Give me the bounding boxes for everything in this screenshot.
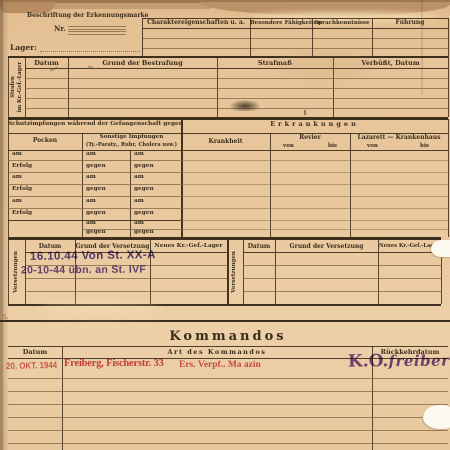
rule	[8, 160, 181, 161]
cell-gegen: gegen	[86, 187, 106, 193]
transfer-stamp-line-2: 20-10-44 übn. an St. IVF	[21, 265, 146, 276]
kommandos-title: Kommandos	[128, 330, 328, 343]
ko-stamp-initials: K.O.	[348, 351, 389, 371]
nr-ruled-line	[68, 31, 126, 32]
col-sonstige-2: (Ty.-Paraty., Ruhr, Cholera usw.)	[82, 143, 181, 148]
header-col-sprachen: Sprachkenntnisse	[312, 21, 372, 27]
cell-am: am	[134, 199, 144, 205]
rule	[181, 196, 448, 197]
cell-gegen: gegen	[134, 187, 154, 193]
rule	[378, 240, 379, 304]
rule	[243, 291, 441, 292]
rule	[130, 150, 131, 237]
rule	[181, 229, 448, 230]
col-revier: Revier	[270, 135, 350, 141]
nr-ruled-line	[68, 29, 126, 30]
cell-erfolg: Erfolg	[12, 211, 32, 217]
rule	[8, 184, 181, 185]
nr-ruled-line	[68, 34, 126, 35]
rule	[181, 184, 448, 185]
rule	[181, 160, 448, 161]
lager-dotted-line	[40, 44, 140, 52]
pencil-mark	[304, 110, 306, 115]
versetz-col-grund: Grund der Versetzung	[275, 244, 378, 250]
rule	[350, 133, 351, 237]
rule	[275, 240, 276, 304]
cell-am: am	[86, 152, 96, 158]
cell-gegen: gegen	[86, 211, 106, 217]
rule	[25, 68, 448, 69]
rule	[8, 56, 448, 58]
rule	[82, 133, 83, 237]
place-stamp: Freiberg, Fischerstr. 33	[64, 359, 164, 370]
versetz-col-datum: Datum	[243, 244, 275, 250]
rule	[8, 417, 448, 418]
lager-label: Lager:	[10, 44, 37, 52]
strafen-col-datum: Datum	[25, 60, 68, 67]
cell-am: am	[86, 199, 96, 205]
marke-label: Beschriftung der Erkennungsmarke	[27, 13, 147, 19]
cell-am: am	[12, 199, 22, 205]
paper-hole	[431, 240, 450, 257]
rule	[227, 240, 229, 304]
strafen-side-label-2: im Kr.-Gef.-Lager	[17, 62, 23, 112]
rule	[8, 443, 448, 444]
cell-erfolg: Erfolg	[12, 164, 32, 170]
rule	[25, 88, 448, 89]
rule	[8, 117, 448, 120]
ink-smudge	[230, 100, 260, 111]
rule	[181, 220, 448, 221]
rule	[448, 56, 449, 117]
rule	[8, 404, 448, 405]
kommandos-col-art: Art des Kommandos	[62, 349, 372, 356]
pow-record-card: Beschriftung der Erkennungsmarke Nr. Lag…	[0, 0, 450, 450]
ko-stamp: K.O.freiberg	[348, 350, 450, 371]
rule	[8, 208, 181, 209]
unit-stamp: Ers. Verpf.. Ma azin	[179, 361, 261, 371]
rule	[243, 265, 441, 266]
cell-am: am	[86, 175, 96, 181]
header-col-charakter: Charaktereigenschaften u. a.	[143, 20, 249, 26]
rule	[8, 391, 448, 392]
nr-label: Nr.	[54, 25, 66, 32]
cell-am: am	[134, 221, 144, 227]
paper-stain	[40, 300, 160, 318]
rule	[25, 98, 448, 99]
rule	[8, 346, 448, 347]
cell-gegen: gegen	[134, 164, 154, 170]
versetz-col-datum: Datum	[25, 244, 75, 250]
transfer-stamp-line-1: 16.10.44 Von St. XX-A	[30, 250, 156, 263]
rule	[8, 150, 448, 151]
rule	[448, 18, 449, 57]
impfungen-title: Schutzimpfungen während der Gefangenscha…	[8, 122, 181, 128]
rule	[8, 237, 441, 240]
paper-hole	[423, 405, 450, 429]
nr-ruled-line	[68, 26, 126, 27]
col-krankheit: Krankheit	[181, 139, 270, 145]
revier-bis: bis	[328, 144, 337, 150]
cell-gegen: gegen	[134, 211, 154, 217]
rule	[243, 240, 244, 304]
cell-am: am	[86, 221, 96, 227]
strafen-side-label-1: Strafen	[10, 76, 16, 98]
header-col-faehigkeiten: Besondere Fähigkeiten	[250, 21, 312, 27]
margin-mark: 5.	[2, 314, 8, 322]
rule	[62, 346, 63, 450]
cell-am: am	[134, 175, 144, 181]
rule	[142, 38, 448, 39]
rule	[181, 208, 448, 209]
rule	[270, 133, 271, 237]
header-col-fuehrung: Führung	[372, 20, 448, 26]
paper-stain	[280, 50, 370, 80]
cell-am: am	[12, 175, 22, 181]
rule	[8, 196, 181, 197]
strafen-side-label: Strafen im Kr.-Gef.-Lager	[10, 56, 22, 118]
rule	[0, 320, 450, 322]
rule	[25, 291, 227, 292]
rule	[8, 378, 448, 379]
versetzungen-side-label-right: Versetzungen	[231, 239, 239, 305]
rule	[243, 252, 441, 253]
rule	[8, 56, 9, 117]
cell-am: am	[134, 152, 144, 158]
kommandos-col-datum: Datum	[8, 349, 62, 356]
col-sonstige-1: Sonstige Impfungen	[82, 135, 181, 141]
revier-von: von	[283, 144, 294, 150]
cell-gegen: gegen	[86, 164, 106, 170]
versetz-col-neues: Neues Kr.-Gef.-Lager	[150, 244, 227, 250]
col-pocken: Pocken	[8, 138, 82, 144]
ko-stamp-name: freiberg	[388, 351, 450, 370]
rule	[142, 28, 448, 29]
versetzungen-side-label-left: Versetzungen	[13, 239, 21, 305]
rule	[448, 119, 449, 237]
date-stamp: 20. OKT. 1944	[6, 361, 57, 371]
cell-gegen: gegen	[134, 230, 154, 236]
cell-am: am	[12, 152, 22, 158]
lazarett-von: von	[367, 144, 378, 150]
erkrankungen-title: Erkrankungen	[181, 121, 448, 128]
rule	[243, 278, 441, 279]
rule	[25, 278, 227, 279]
rule	[8, 172, 181, 173]
rule	[8, 430, 448, 431]
rule	[25, 78, 448, 79]
rule	[8, 240, 9, 304]
rule	[142, 48, 448, 49]
rule	[181, 172, 448, 173]
col-lazarett: Lazarett — Krankenhaus	[350, 135, 448, 141]
cell-gegen: gegen	[86, 230, 106, 236]
cell-erfolg: Erfolg	[12, 187, 32, 193]
lazarett-bis: bis	[420, 144, 429, 150]
